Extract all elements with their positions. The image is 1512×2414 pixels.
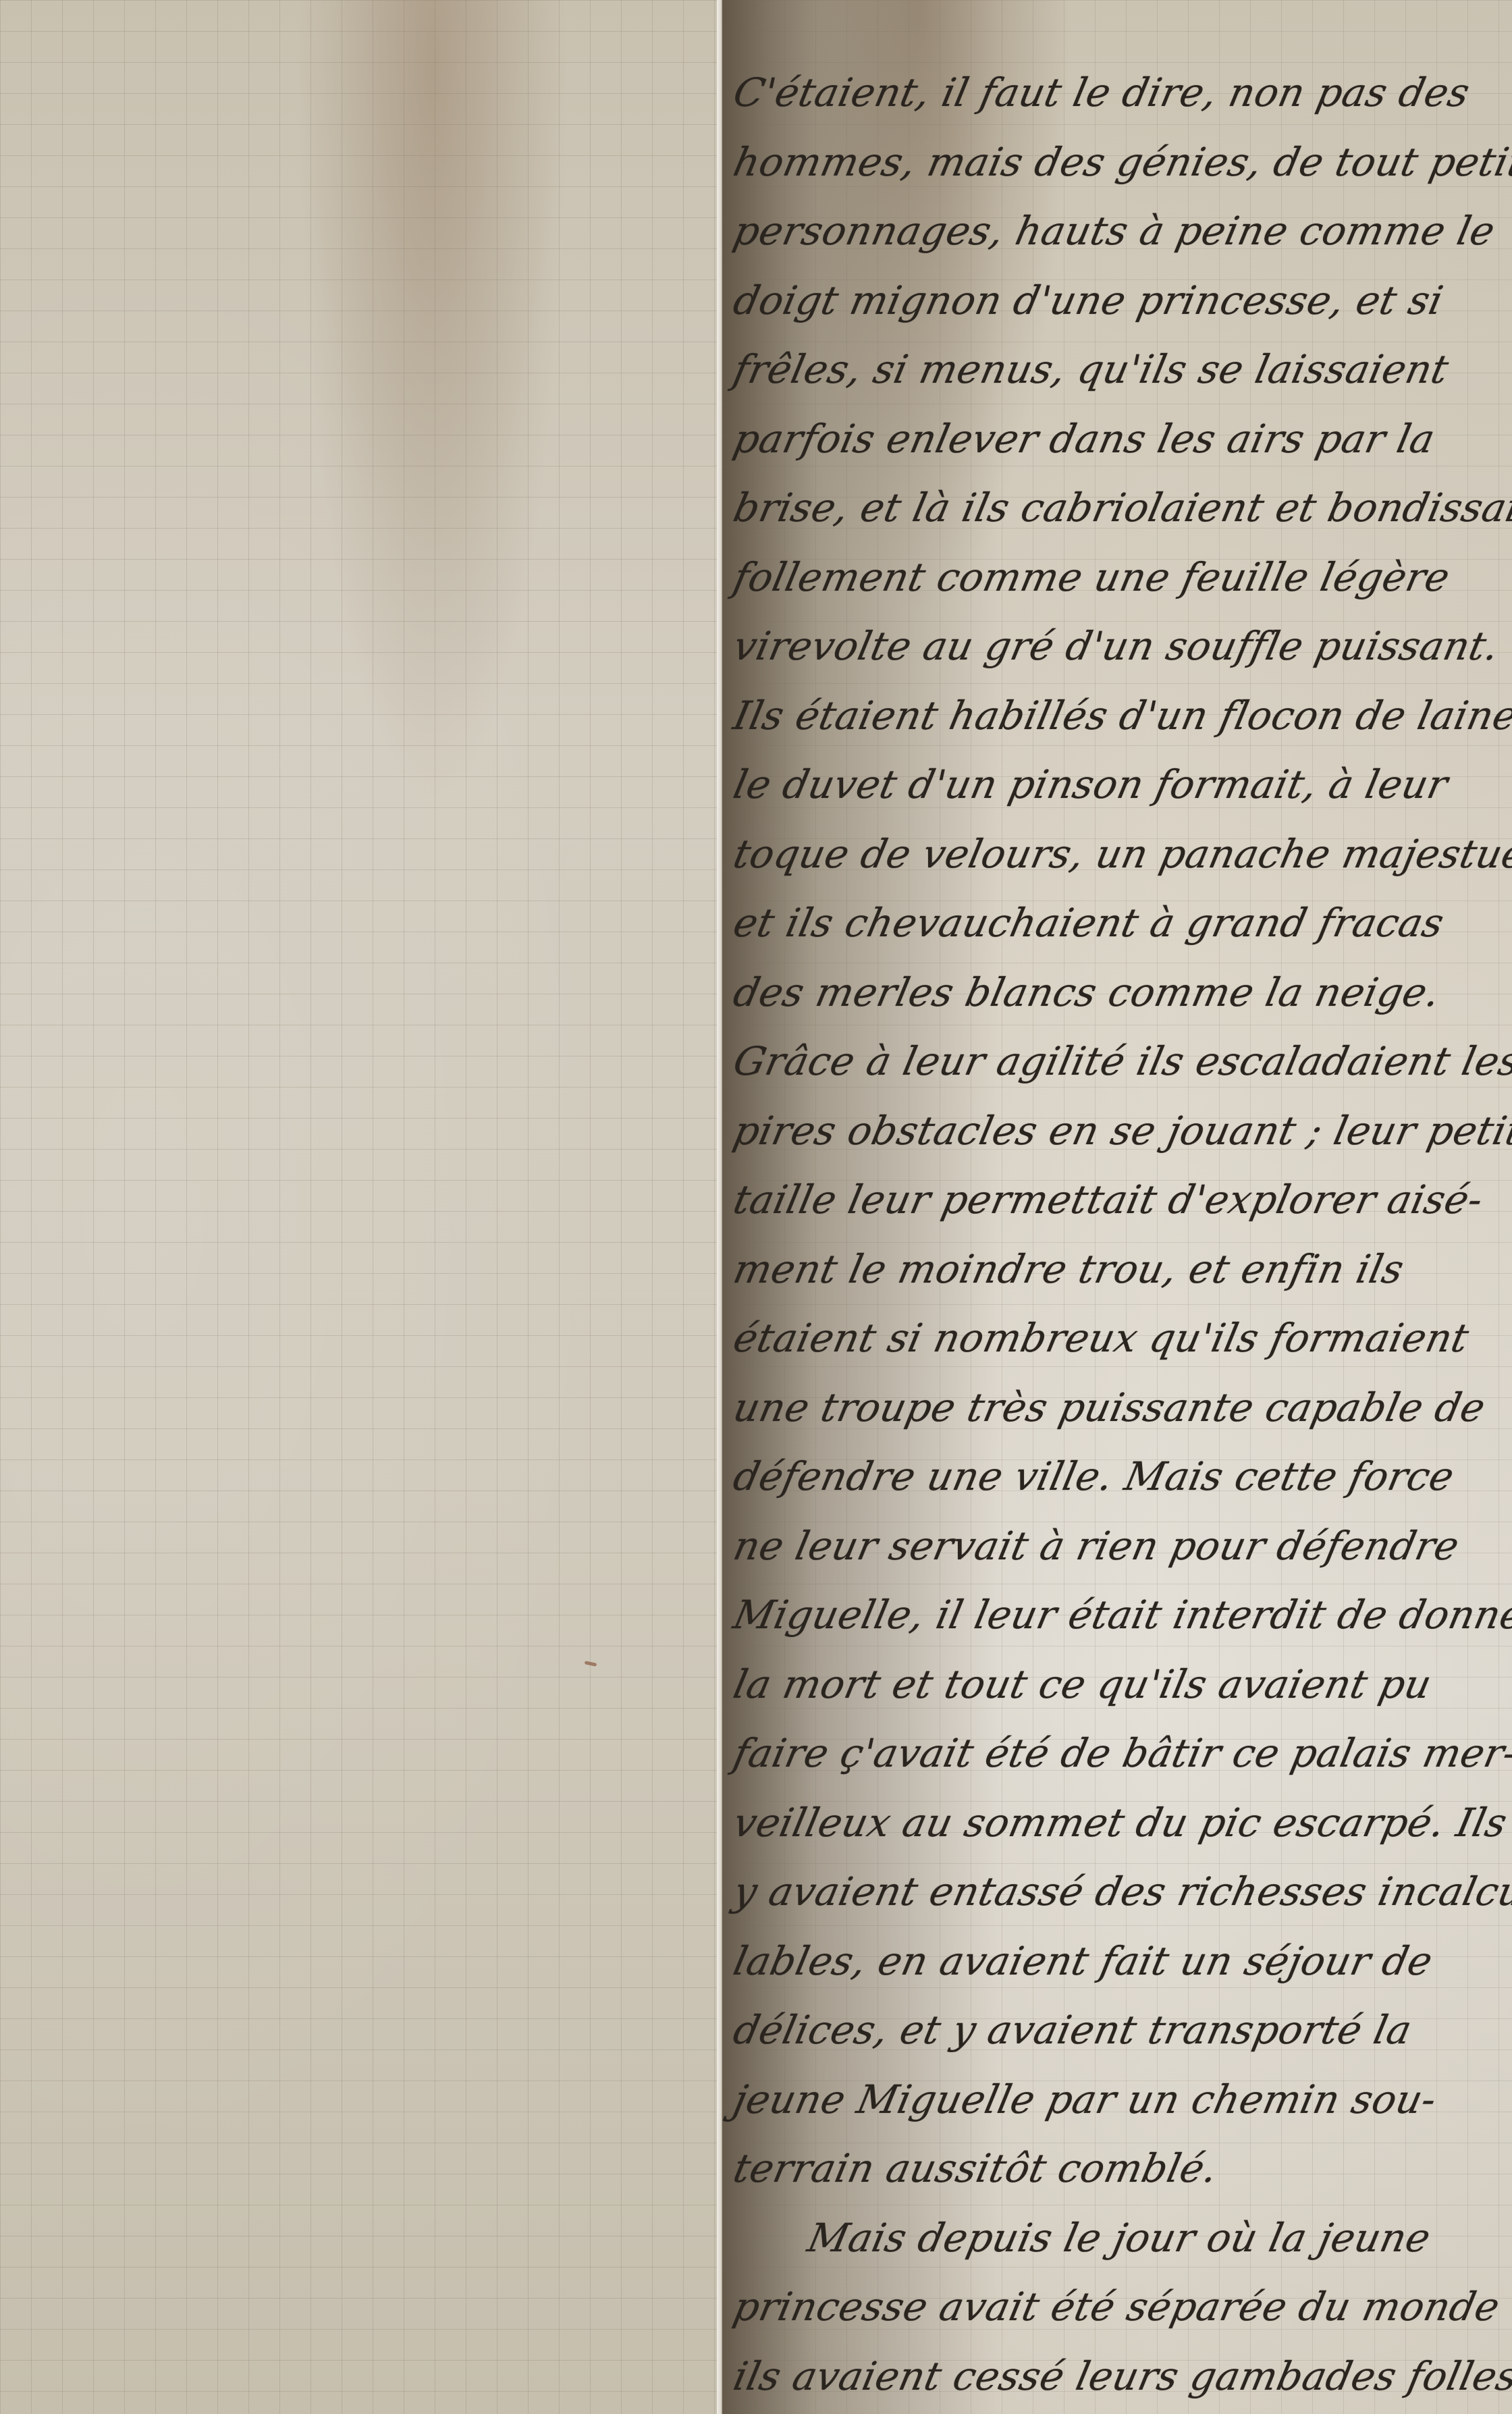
text-line: faire ç'avait été de bâtir ce palais mer…: [727, 1719, 1511, 1788]
text-line: princesse avait été séparée du monde: [727, 2272, 1511, 2342]
text-line: parfois enlever dans les airs par la: [727, 404, 1511, 474]
text-line: brise, et là ils cabriolaient et bondiss…: [727, 473, 1511, 543]
text-line: terrain aussitôt comblé.: [727, 2134, 1511, 2203]
text-line: follement comme une feuille légère: [727, 543, 1511, 612]
text-line: y avaient entassé des richesses incalcu-: [727, 1857, 1511, 1927]
text-line: des merles blancs comme la neige.: [727, 958, 1511, 1027]
ink-stain: [585, 1661, 597, 1667]
handwritten-text: C'étaient, il faut le dire, non pas des …: [734, 58, 1504, 2411]
text-line: pires obstacles en se jouant ; leur peti…: [727, 1096, 1511, 1166]
text-line: doigt mignon d'une princesse, et si: [727, 266, 1511, 336]
text-line: hommes, mais des génies, de tout petits: [727, 128, 1511, 197]
text-line: Ils étaient habillés d'un flocon de lain…: [727, 681, 1511, 751]
text-line: frêles, si menus, qu'ils se laissaient: [727, 335, 1511, 404]
text-line: personnages, hauts à peine comme le: [727, 196, 1511, 266]
text-line: Grâce à leur agilité ils escaladaient le…: [727, 1027, 1511, 1096]
text-line: ils avaient cessé leurs gambades folles: [727, 2342, 1511, 2411]
text-line: taille leur permettait d'explorer aisé-: [727, 1165, 1511, 1235]
text-line-paragraph-start: Mais depuis le jour où la jeune: [727, 2203, 1511, 2273]
text-line: toque de velours, un panache majestueux,: [727, 820, 1511, 889]
blank-left-page: [0, 0, 721, 2414]
notebook-spread: C'étaient, il faut le dire, non pas des …: [0, 0, 1512, 2414]
text-line: virevolte au gré d'un souffle puissant.: [727, 612, 1511, 681]
handwritten-right-page: C'étaient, il faut le dire, non pas des …: [722, 0, 1512, 2414]
text-line: ment le moindre trou, et enfin ils: [727, 1235, 1511, 1304]
text-line: délices, et y avaient transporté la: [727, 1995, 1511, 2065]
text-line: Miguelle, il leur était interdit de donn…: [727, 1580, 1511, 1650]
text-line: C'étaient, il faut le dire, non pas des: [727, 58, 1511, 128]
text-line: la mort et tout ce qu'ils avaient pu: [727, 1650, 1511, 1719]
text-line: ne leur servait à rien pour défendre: [727, 1511, 1511, 1581]
text-line: et ils chevauchaient à grand fracas: [727, 888, 1511, 958]
text-line: le duvet d'un pinson formait, à leur: [727, 750, 1511, 820]
text-line: une troupe très puissante capable de: [727, 1373, 1511, 1443]
text-line: défendre une ville. Mais cette force: [727, 1442, 1511, 1511]
text-line: veilleux au sommet du pic escarpé. Ils: [727, 1788, 1511, 1858]
text-line: jeune Miguelle par un chemin sou-: [727, 2065, 1511, 2135]
text-line: lables, en avaient fait un séjour de: [727, 1927, 1511, 1996]
text-line: étaient si nombreux qu'ils formaient: [727, 1304, 1511, 1373]
